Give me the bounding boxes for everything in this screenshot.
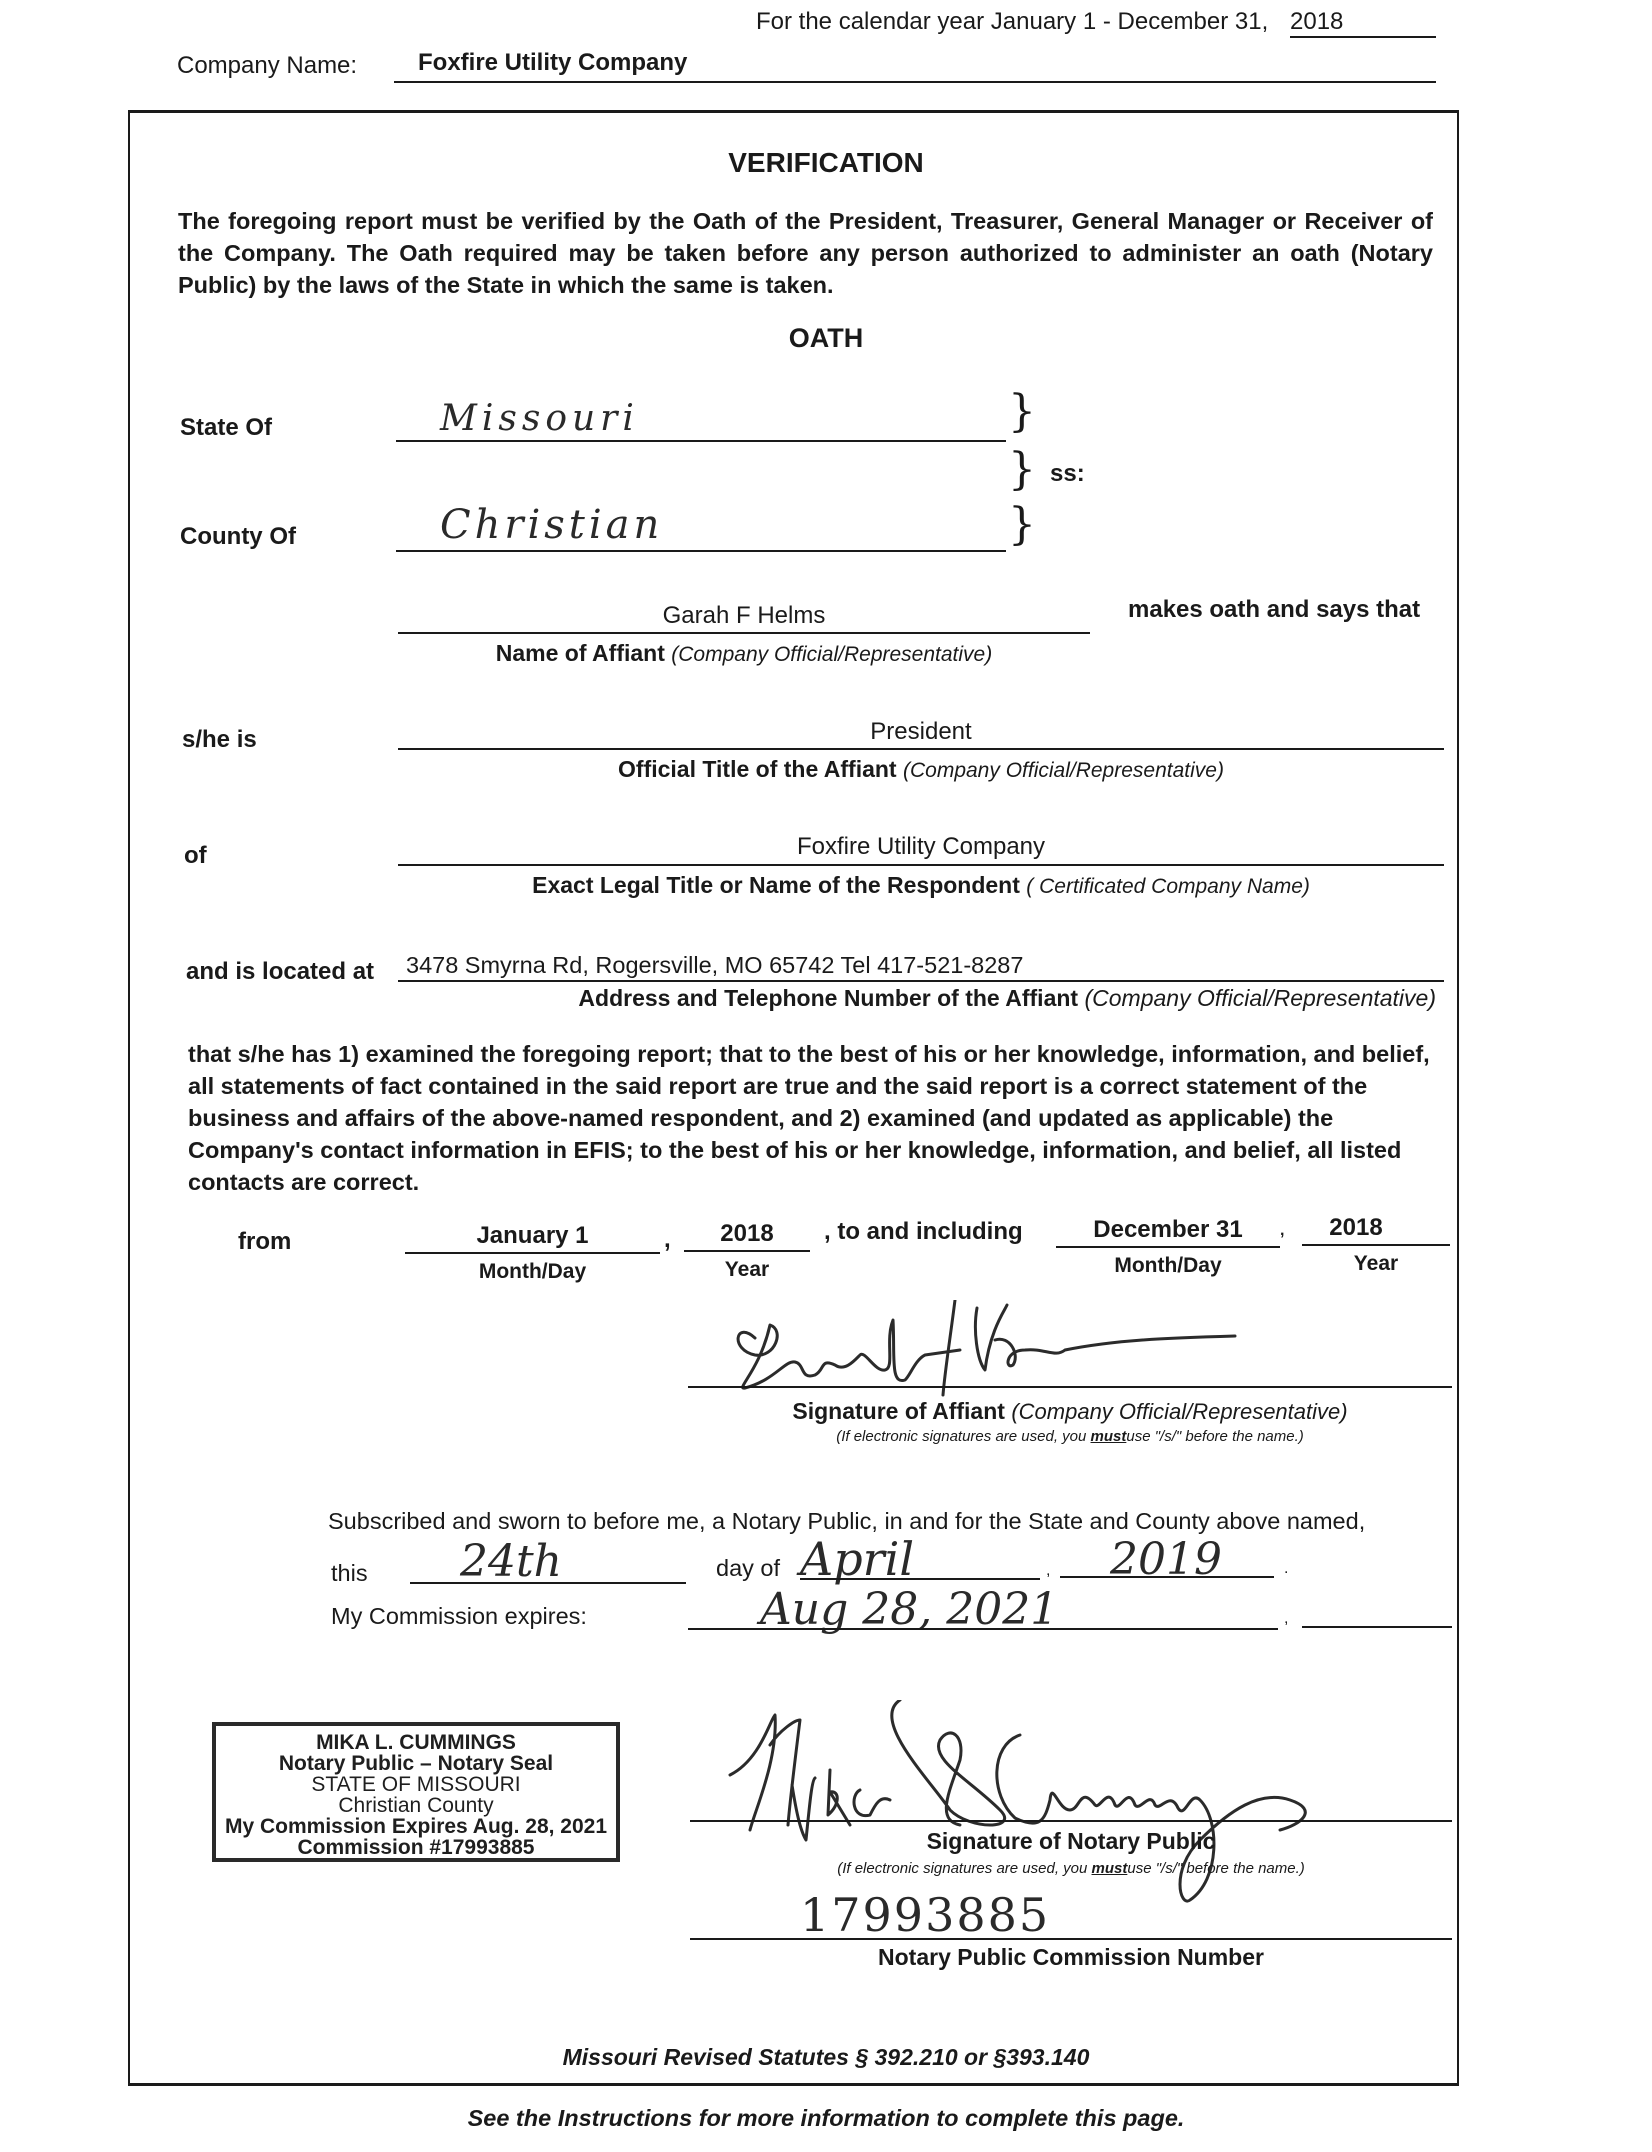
affiant-signature-underline	[688, 1386, 1452, 1388]
notary-seal-stamp: MIKA L. CUMMINGS Notary Public – Notary …	[212, 1722, 620, 1862]
affiant-title-caption-note: (Company Official/Representative)	[903, 759, 1224, 782]
brace-icon: }	[1008, 505, 1036, 545]
of-label: of	[184, 842, 207, 870]
from-month-day-caption: Month/Day	[405, 1260, 660, 1284]
county-of-label: County Of	[180, 523, 296, 551]
comma: ,	[664, 1226, 671, 1254]
address-underline	[398, 980, 1444, 982]
seal-expiration: My Commission Expires Aug. 28, 2021	[216, 1816, 616, 1837]
affiant-title-underline	[398, 748, 1444, 750]
affiant-signature-caption: Signature of Affiant (Company Official/R…	[688, 1398, 1452, 1425]
esig-note-prefix: (If electronic signatures are used, you	[837, 1860, 1087, 1877]
commission-number-value[interactable]: 17993885	[800, 1888, 1050, 1942]
to-month-day-caption: Month/Day	[1056, 1254, 1280, 1278]
affiant-name-value[interactable]: Garah F Helms	[398, 602, 1090, 630]
affiant-name-caption: Name of Affiant (Company Official/Repres…	[398, 640, 1090, 667]
oath-title: OATH	[0, 323, 1652, 354]
respondent-caption-text: Exact Legal Title or Name of the Respond…	[532, 872, 1020, 898]
company-name-label: Company Name:	[177, 52, 357, 80]
affiant-signature-caption-note: (Company Official/Representative)	[1011, 1399, 1347, 1424]
sworn-statement: Subscribed and sworn to before me, a Not…	[328, 1508, 1365, 1535]
esig-note-suffix: use "/s/" before the name.)	[1127, 1860, 1304, 1877]
company-name-underline	[394, 81, 1436, 83]
instructions-note: See the Instructions for more informatio…	[0, 2105, 1652, 2132]
notary-signature-caption: Signature of Notary Public	[690, 1828, 1452, 1855]
respondent-value[interactable]: Foxfire Utility Company	[398, 833, 1444, 861]
calendar-year-label: For the calendar year January 1 - Decemb…	[756, 8, 1268, 36]
affiant-title-caption-text: Official Title of the Affiant	[618, 756, 897, 782]
esig-note-prefix: (If electronic signatures are used, you	[836, 1428, 1086, 1445]
county-of-value[interactable]: Christian	[440, 502, 663, 548]
affiant-statement: that s/he has 1) examined the foregoing …	[188, 1038, 1438, 1198]
to-and-including-label: , to and including	[824, 1218, 1023, 1246]
state-of-underline	[396, 440, 1006, 442]
affiant-signature[interactable]	[715, 1300, 1315, 1400]
to-month-day-underline	[1056, 1246, 1280, 1248]
address-caption-note: (Company Official/Representative)	[1084, 985, 1436, 1011]
notary-day-value[interactable]: 24th	[460, 1536, 562, 1587]
from-year[interactable]: 2018	[684, 1220, 810, 1248]
notary-year-underline	[1060, 1576, 1274, 1578]
located-at-label: and is located at	[186, 958, 374, 986]
seal-notary-name: MIKA L. CUMMINGS	[216, 1732, 616, 1753]
ss-label: ss:	[1050, 460, 1085, 488]
statute-reference: Missouri Revised Statutes § 392.210 or §…	[0, 2044, 1652, 2071]
notary-month-underline	[800, 1578, 1040, 1580]
county-of-underline	[396, 550, 1006, 552]
she-is-label: s/he is	[182, 726, 257, 754]
brace-icon: }	[1008, 392, 1036, 432]
to-year[interactable]: 2018	[1302, 1214, 1410, 1242]
seal-commission-number: Commission #17993885	[216, 1837, 616, 1858]
calendar-year-underline	[1290, 36, 1436, 38]
esig-note-must: must	[1091, 1428, 1127, 1445]
esig-note-must: must	[1092, 1860, 1128, 1877]
seal-notary-title: Notary Public – Notary Seal	[216, 1753, 616, 1774]
comma: ,	[1284, 1610, 1288, 1628]
commission-expires-label: My Commission expires:	[331, 1603, 587, 1630]
from-year-caption: Year	[684, 1258, 810, 1282]
commission-expires-underline	[688, 1628, 1278, 1630]
address-caption-text: Address and Telephone Number of the Affi…	[578, 985, 1078, 1011]
verification-title: VERIFICATION	[0, 147, 1652, 179]
comma: ,	[1280, 1222, 1284, 1240]
comma: ,	[1046, 1562, 1050, 1580]
respondent-underline	[398, 864, 1444, 866]
notary-signature[interactable]	[700, 1700, 1440, 1920]
notary-esignature-note: (If electronic signatures are used, you …	[690, 1860, 1452, 1877]
state-of-value[interactable]: Missouri	[440, 398, 639, 439]
affiant-name-caption-text: Name of Affiant	[496, 640, 665, 666]
from-month-day[interactable]: January 1	[405, 1222, 660, 1250]
affiant-esignature-note: (If electronic signatures are used, you …	[688, 1428, 1452, 1445]
state-of-label: State Of	[180, 414, 272, 442]
esig-note-suffix: use "/s/" before the name.)	[1126, 1428, 1303, 1445]
brace-icon: }	[1008, 450, 1036, 490]
address-caption: Address and Telephone Number of the Affi…	[398, 985, 1444, 1012]
affiant-title-caption: Official Title of the Affiant (Company O…	[398, 756, 1444, 783]
to-month-day[interactable]: December 31	[1056, 1216, 1280, 1244]
verification-intro: The foregoing report must be verified by…	[178, 205, 1433, 301]
from-year-underline	[684, 1250, 810, 1252]
from-label: from	[238, 1228, 291, 1256]
period-mark: .	[1284, 1560, 1288, 1578]
makes-oath-text: makes oath and says that	[1128, 596, 1420, 624]
affiant-signature-caption-text: Signature of Affiant	[792, 1398, 1005, 1424]
notary-signature-underline	[690, 1820, 1452, 1822]
day-of-label: day of	[716, 1555, 780, 1582]
from-month-day-underline	[405, 1252, 660, 1254]
commission-expires-year-underline	[1302, 1626, 1452, 1628]
to-year-underline	[1302, 1244, 1450, 1246]
commission-number-underline	[690, 1938, 1452, 1940]
affiant-name-underline	[398, 632, 1090, 634]
commission-number-caption: Notary Public Commission Number	[690, 1944, 1452, 1971]
respondent-caption: Exact Legal Title or Name of the Respond…	[398, 872, 1444, 899]
this-label: this	[331, 1560, 368, 1587]
address-value[interactable]: 3478 Smyrna Rd, Rogersville, MO 65742 Te…	[406, 952, 1023, 979]
notary-day-underline	[410, 1582, 686, 1584]
company-name-value[interactable]: Foxfire Utility Company	[418, 49, 687, 77]
affiant-title-value[interactable]: President	[398, 718, 1444, 746]
respondent-caption-note: ( Certificated Company Name)	[1026, 875, 1310, 898]
to-year-caption: Year	[1302, 1252, 1450, 1276]
seal-county: Christian County	[216, 1795, 616, 1816]
calendar-year-value[interactable]: 2018	[1290, 8, 1343, 36]
affiant-name-caption-note: (Company Official/Representative)	[671, 643, 992, 666]
seal-state: STATE OF MISSOURI	[216, 1774, 616, 1795]
